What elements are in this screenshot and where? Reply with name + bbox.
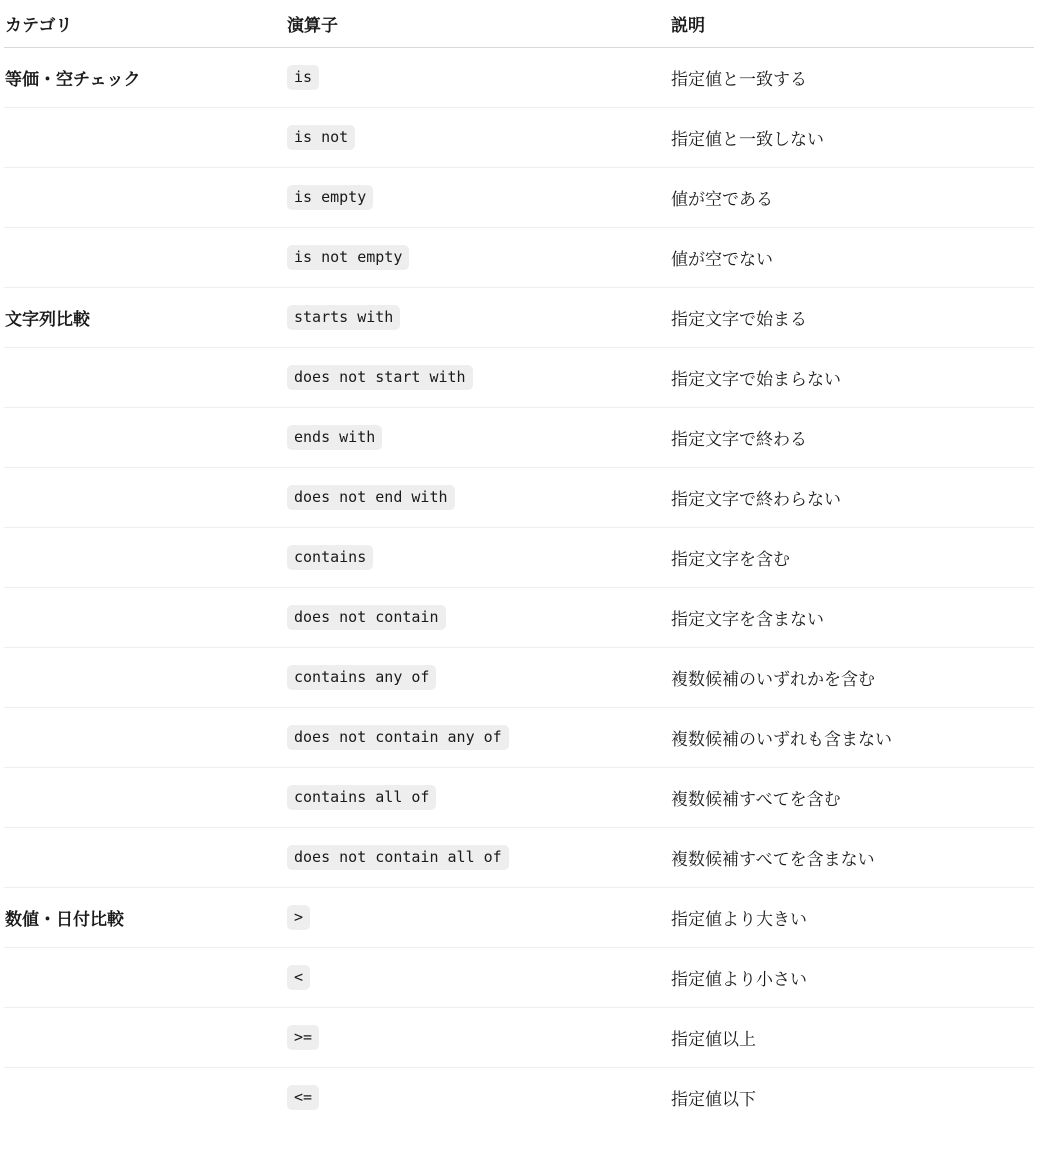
category-cell: 文字列比較 xyxy=(4,288,286,348)
description-cell: 指定値以下 xyxy=(670,1068,1034,1128)
description-text: 複数候補すべてを含む xyxy=(671,790,841,810)
table-row: does not contain any of 複数候補のいずれも含まない xyxy=(4,708,1034,768)
description-text: 指定値より小さい xyxy=(671,970,807,990)
table-row: 文字列比較 starts with 指定文字で始まる xyxy=(4,288,1034,348)
operator-table: カテゴリ 演算子 説明 等価・空チェック is 指定値と一致する is not … xyxy=(4,0,1034,1127)
description-cell: 指定値以上 xyxy=(670,1008,1034,1068)
operator-cell: is not empty xyxy=(286,228,670,288)
category-cell xyxy=(4,228,286,288)
operator-cell: contains all of xyxy=(286,768,670,828)
operator-code: is empty xyxy=(287,185,373,210)
description-cell: 複数候補すべてを含む xyxy=(670,768,1034,828)
description-cell: 指定文字で終わる xyxy=(670,408,1034,468)
operator-code: does not contain all of xyxy=(287,845,509,870)
operator-code: starts with xyxy=(287,305,400,330)
operator-cell: is empty xyxy=(286,168,670,228)
operator-cell: > xyxy=(286,888,670,948)
description-text: 指定値と一致しない xyxy=(671,130,824,150)
operator-code: > xyxy=(287,905,310,930)
table-row: is not empty 値が空でない xyxy=(4,228,1034,288)
description-cell: 複数候補すべてを含まない xyxy=(670,828,1034,888)
table-row: contains all of 複数候補すべてを含む xyxy=(4,768,1034,828)
description-cell: 指定値と一致しない xyxy=(670,108,1034,168)
table-row: is not 指定値と一致しない xyxy=(4,108,1034,168)
operator-code: >= xyxy=(287,1025,319,1050)
operator-code: < xyxy=(287,965,310,990)
description-cell: 指定文字で始まる xyxy=(670,288,1034,348)
operator-cell: < xyxy=(286,948,670,1008)
description-text: 指定文字で始まる xyxy=(671,310,807,330)
operator-cell: does not contain any of xyxy=(286,708,670,768)
header-description: 説明 xyxy=(670,0,1034,48)
header-category: カテゴリ xyxy=(4,0,286,48)
description-cell: 指定文字で終わらない xyxy=(670,468,1034,528)
description-cell: 複数候補のいずれも含まない xyxy=(670,708,1034,768)
description-text: 指定値以上 xyxy=(671,1030,756,1050)
description-cell: 指定値と一致する xyxy=(670,48,1034,108)
operator-cell: is not xyxy=(286,108,670,168)
description-cell: 指定値より小さい xyxy=(670,948,1034,1008)
operator-code: contains any of xyxy=(287,665,436,690)
operator-cell: starts with xyxy=(286,288,670,348)
table-row: contains any of 複数候補のいずれかを含む xyxy=(4,648,1034,708)
category-cell xyxy=(4,1068,286,1128)
category-cell xyxy=(4,408,286,468)
description-text: 指定文字で始まらない xyxy=(671,370,841,390)
table-row: does not contain all of 複数候補すべてを含まない xyxy=(4,828,1034,888)
description-cell: 指定値より大きい xyxy=(670,888,1034,948)
description-text: 指定文字で終わる xyxy=(671,430,807,450)
operator-cell: contains any of xyxy=(286,648,670,708)
description-cell: 値が空でない xyxy=(670,228,1034,288)
operator-code: contains all of xyxy=(287,785,436,810)
category-cell xyxy=(4,168,286,228)
operator-code: contains xyxy=(287,545,373,570)
description-cell: 指定文字を含む xyxy=(670,528,1034,588)
table-row: < 指定値より小さい xyxy=(4,948,1034,1008)
operator-code: does not end with xyxy=(287,485,455,510)
description-text: 指定文字を含む xyxy=(671,550,790,570)
table-row: ends with 指定文字で終わる xyxy=(4,408,1034,468)
category-cell xyxy=(4,648,286,708)
description-text: 指定文字で終わらない xyxy=(671,490,841,510)
table-header-row: カテゴリ 演算子 説明 xyxy=(4,0,1034,48)
category-cell xyxy=(4,948,286,1008)
table-row: 数値・日付比較 > 指定値より大きい xyxy=(4,888,1034,948)
operator-code: does not contain xyxy=(287,605,446,630)
description-cell: 値が空である xyxy=(670,168,1034,228)
category-cell: 等価・空チェック xyxy=(4,48,286,108)
operator-code: does not start with xyxy=(287,365,473,390)
operator-code: is not xyxy=(287,125,355,150)
operator-cell: does not end with xyxy=(286,468,670,528)
operator-code: ends with xyxy=(287,425,382,450)
description-text: 複数候補のいずれも含まない xyxy=(671,730,892,750)
operator-code: is xyxy=(287,65,319,90)
description-text: 指定文字を含まない xyxy=(671,610,824,630)
category-cell xyxy=(4,108,286,168)
operator-code: <= xyxy=(287,1085,319,1110)
description-cell: 指定文字を含まない xyxy=(670,588,1034,648)
category-cell xyxy=(4,348,286,408)
operator-cell: does not start with xyxy=(286,348,670,408)
category-cell xyxy=(4,588,286,648)
table-row: 等価・空チェック is 指定値と一致する xyxy=(4,48,1034,108)
category-label: 数値・日付比較 xyxy=(5,910,124,930)
category-cell xyxy=(4,708,286,768)
header-operator: 演算子 xyxy=(286,0,670,48)
operator-cell: <= xyxy=(286,1068,670,1128)
table-row: <= 指定値以下 xyxy=(4,1068,1034,1128)
category-label: 等価・空チェック xyxy=(5,70,141,90)
description-text: 値が空でない xyxy=(671,250,773,270)
operator-cell: does not contain all of xyxy=(286,828,670,888)
table-row: does not end with 指定文字で終わらない xyxy=(4,468,1034,528)
table-row: contains 指定文字を含む xyxy=(4,528,1034,588)
category-cell xyxy=(4,468,286,528)
table-row: >= 指定値以上 xyxy=(4,1008,1034,1068)
description-cell: 複数候補のいずれかを含む xyxy=(670,648,1034,708)
operator-code: is not empty xyxy=(287,245,409,270)
category-cell xyxy=(4,528,286,588)
table-row: does not contain 指定文字を含まない xyxy=(4,588,1034,648)
category-cell xyxy=(4,828,286,888)
description-text: 指定値以下 xyxy=(671,1090,756,1110)
description-text: 指定値と一致する xyxy=(671,70,807,90)
description-cell: 指定文字で始まらない xyxy=(670,348,1034,408)
category-label: 文字列比較 xyxy=(5,310,90,330)
category-cell: 数値・日付比較 xyxy=(4,888,286,948)
category-cell xyxy=(4,768,286,828)
category-cell xyxy=(4,1008,286,1068)
description-text: 複数候補のいずれかを含む xyxy=(671,670,875,690)
operator-cell: >= xyxy=(286,1008,670,1068)
table-row: is empty 値が空である xyxy=(4,168,1034,228)
description-text: 指定値より大きい xyxy=(671,910,807,930)
description-text: 複数候補すべてを含まない xyxy=(671,850,875,870)
operator-cell: does not contain xyxy=(286,588,670,648)
operator-cell: contains xyxy=(286,528,670,588)
table-row: does not start with 指定文字で始まらない xyxy=(4,348,1034,408)
operator-code: does not contain any of xyxy=(287,725,509,750)
description-text: 値が空である xyxy=(671,190,773,210)
operator-cell: ends with xyxy=(286,408,670,468)
operator-cell: is xyxy=(286,48,670,108)
